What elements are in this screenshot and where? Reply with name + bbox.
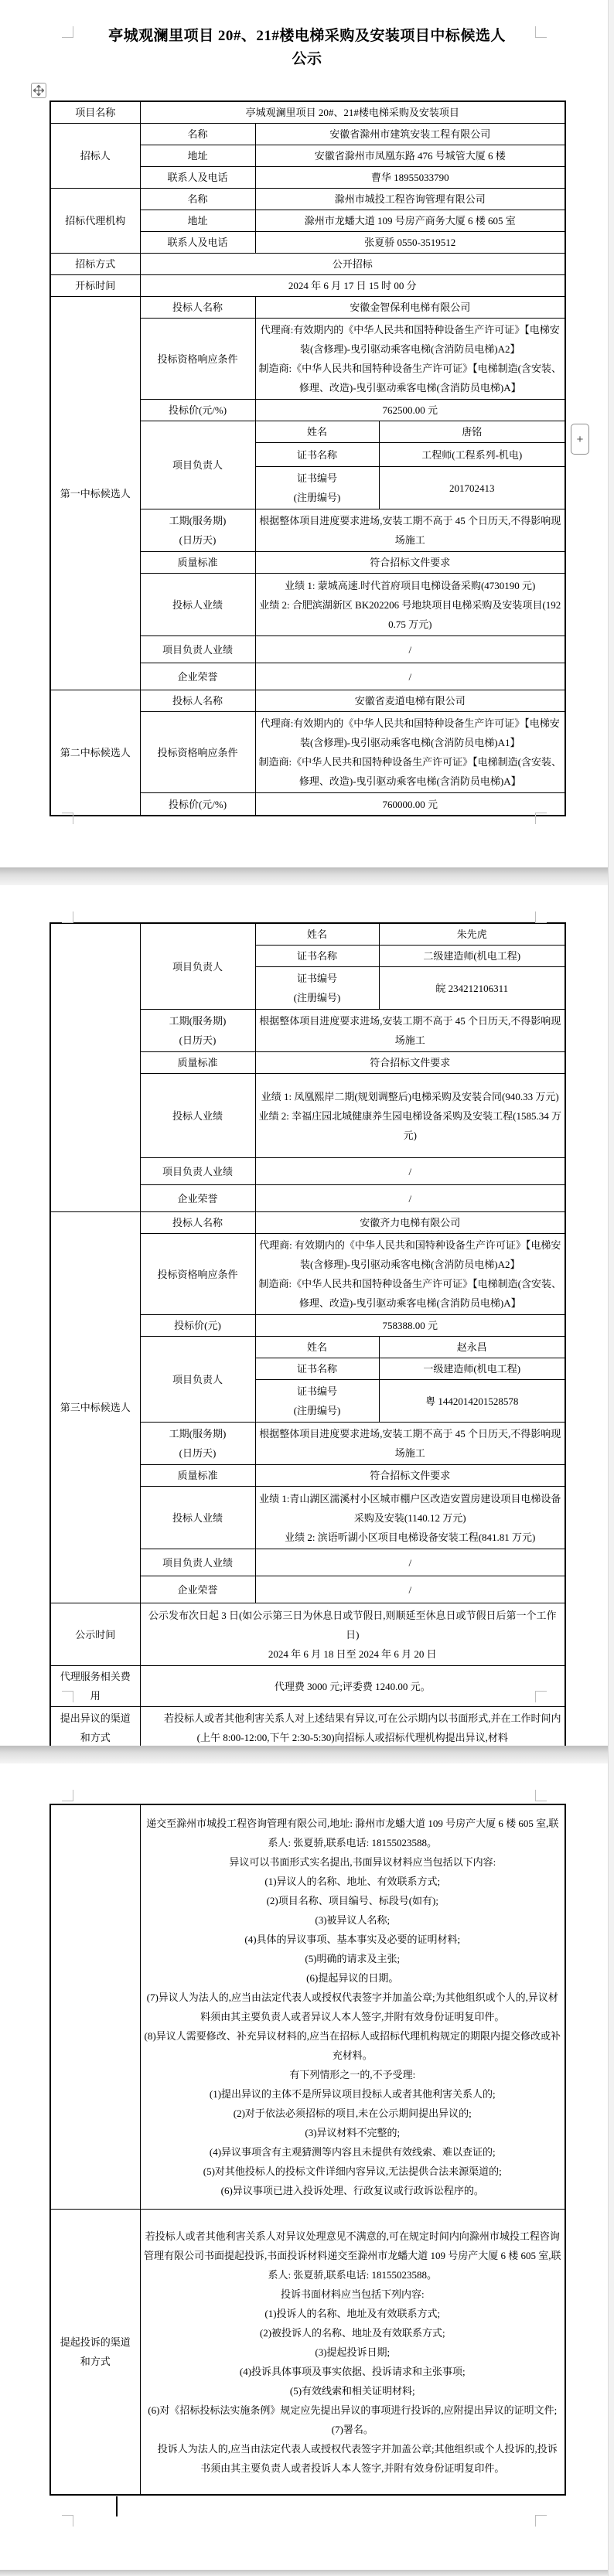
quality-label: 质量标准 [140, 552, 255, 574]
candidate1-performance: 业绩 1: 蒙城高速.时代首府项目电梯设备采购(4730190 元) 业绩 2:… [255, 574, 565, 636]
objection-detail-text: 递交至滁州市城投工程咨询管理有限公司,地址: 滁州市龙蟠大道 109 号房产大厦… [140, 1804, 565, 2210]
bidder-name-label: 投标人名称 [140, 690, 255, 712]
candidate1-honor: / [255, 663, 565, 690]
person-name-label: 姓名 [255, 923, 379, 946]
candidate2-label: 第二中标候选人 [50, 690, 140, 816]
honor-label: 企业荣誉 [140, 1576, 255, 1603]
quality-label: 质量标准 [140, 1052, 255, 1074]
candidate2-qualification: 代理商:有效期内的《中华人民共和国特种设备生产许可证》【电梯安装(含修理)-曳引… [255, 712, 565, 793]
document-title: 亭城观澜里项目 20#、21#楼电梯采购及安装项目中标候选人 公示 [49, 0, 565, 71]
price-label: 投标价(元/%) [140, 400, 255, 421]
duration-label: 工期(服务期) (日历天) [140, 509, 255, 552]
candidate2-honor: / [255, 1185, 565, 1212]
vertical-scrollbar[interactable] [608, 0, 614, 2576]
candidate2-bidder: 安徽省麦道电梯有限公司 [255, 690, 565, 712]
agency-fee-label: 代理服务相关费 用 [50, 1666, 140, 1707]
project-name-value: 亭城观澜里项目 20#、21#楼电梯采购及安装项目 [140, 101, 565, 124]
page-1: 亭城观澜里项目 20#、21#楼电梯采购及安装项目中标候选人 公示 + [0, 0, 608, 867]
candidate3-bidder: 安徽齐力电梯有限公司 [255, 1212, 565, 1234]
pm-perf-label: 项目负责人业绩 [140, 1549, 255, 1576]
tenderer-contact: 曹华 18955033790 [255, 167, 565, 189]
tenderer-name: 安徽省滁州市建筑安装工程有限公司 [255, 124, 565, 145]
pm-label: 项目负责人 [140, 1337, 255, 1423]
candidate2-cert-no: 皖 234212106311 [379, 967, 565, 1010]
candidate1-quality: 符合招标文件要求 [255, 552, 565, 574]
bidder-perf-label: 投标人业绩 [140, 1487, 255, 1549]
person-name-label: 姓名 [255, 1337, 379, 1358]
bid-result-table-page3: 递交至滁州市城投工程咨询管理有限公司,地址: 滁州市龙蟠大道 109 号房产大厦… [49, 1804, 566, 2496]
candidate2-price: 760000.00 元 [255, 793, 565, 816]
candidate1-qualification: 代理商:有效期内的《中华人民共和国特种设备生产许可证》【电梯安装(含修理)-曳引… [255, 319, 565, 400]
candidate1-bidder: 安徽金智保利电梯有限公司 [255, 297, 565, 319]
objection-channel-label-continued [50, 1804, 140, 2210]
candidate3-cert-name: 一级建造师(机电工程) [379, 1358, 565, 1380]
agency-contact: 张夏骄 0550-3519512 [255, 232, 565, 254]
contact-label: 联系人及电话 [140, 232, 255, 254]
cert-name-label: 证书名称 [255, 443, 379, 467]
page-separator-bottom [0, 2570, 608, 2576]
tenderer-address: 安徽省滁州市凤凰东路 476 号城管大厦 6 楼 [255, 145, 565, 167]
duration-label: 工期(服务期) (日历天) [140, 1010, 255, 1052]
margin-corner-mark [62, 911, 73, 923]
address-label: 地址 [140, 210, 255, 232]
document-title-line2: 公示 [49, 48, 565, 71]
table-move-handle[interactable] [31, 83, 46, 98]
quality-label: 质量标准 [140, 1465, 255, 1487]
open-time-label: 开标时间 [50, 275, 140, 297]
candidate3-performance: 业绩 1:青山湖区濡溪村小区城市棚户区改造安置房建设项目电梯设备采购及安装(11… [255, 1487, 565, 1549]
margin-corner-mark [535, 1790, 547, 1801]
tenderer-label: 招标人 [50, 124, 140, 189]
cert-name-label: 证书名称 [255, 1358, 379, 1380]
margin-corner-mark [535, 2515, 547, 2527]
address-label: 地址 [140, 145, 255, 167]
candidate3-cert-no: 粤 1442014201528578 [379, 1380, 565, 1423]
agency-name: 滁州市城投工程咨询管理有限公司 [255, 189, 565, 210]
candidate3-price: 758388.00 元 [255, 1315, 565, 1337]
contact-label: 联系人及电话 [140, 167, 255, 189]
method-value: 公开招标 [140, 254, 565, 275]
candidate3-honor: / [255, 1576, 565, 1603]
candidate1-cert-no: 201702413 [379, 467, 565, 509]
candidate3-quality: 符合招标文件要求 [255, 1465, 565, 1487]
publicity-time-label: 公示时间 [50, 1603, 140, 1666]
honor-label: 企业荣誉 [140, 663, 255, 690]
candidate2-performance: 业绩 1: 凤凰熙岸二期(规划调整后)电梯采购及安装合同(940.33 万元) … [255, 1074, 565, 1158]
cert-name-label: 证书名称 [255, 946, 379, 967]
qualification-label: 投标资格响应条件 [140, 1234, 255, 1315]
pm-perf-label: 项目负责人业绩 [140, 1158, 255, 1185]
open-time-value: 2024 年 6 月 17 日 15 时 00 分 [140, 275, 565, 297]
bidder-perf-label: 投标人业绩 [140, 574, 255, 636]
price-label: 投标价(元) [140, 1315, 255, 1337]
candidate3-pm-name: 赵永昌 [379, 1337, 565, 1358]
candidate2-cert-name: 二级建造师(机电工程) [379, 946, 565, 967]
candidate2-pm-performance: / [255, 1158, 565, 1185]
bidder-name-label: 投标人名称 [140, 1212, 255, 1234]
pm-perf-label: 项目负责人业绩 [140, 636, 255, 663]
margin-corner-mark [62, 2515, 73, 2527]
project-name-label: 项目名称 [50, 101, 140, 124]
person-name-label: 姓名 [255, 421, 379, 443]
cert-no-label: 证书编号 (注册编号) [255, 967, 379, 1010]
page-separator [0, 867, 608, 885]
candidate1-price: 762500.00 元 [255, 400, 565, 421]
qualification-label: 投标资格响应条件 [140, 712, 255, 793]
objection-intro-text: 若投标人或者其他利害关系人对上述结果有异议,可在公示期内以书面形式,并在工作时间… [140, 1707, 565, 1746]
margin-corner-mark [62, 1790, 73, 1801]
page-2: 项目负责人 姓名 朱先虎 证书名称 二级建造师(机电工程) 证书编号 (注册编号… [0, 885, 608, 1746]
candidate3-label: 第三中标候选人 [50, 1212, 140, 1603]
candidate3-duration: 根据整体项目进度要求进场,安装工期不高于 45 个日历天,不得影响现场施工 [255, 1423, 565, 1465]
candidate1-cert-name: 工程师(工程系列-机电) [379, 443, 565, 467]
cert-no-label: 证书编号 (注册编号) [255, 467, 379, 509]
qualification-agent: 代理商:有效期内的《中华人民共和国特种设备生产许可证》【电梯安装(含修理)-曳引… [259, 320, 562, 359]
candidate2-label-continued [50, 923, 140, 1212]
candidate1-label: 第一中标候选人 [50, 297, 140, 690]
publicity-time-value: 公示发布次日起 3 日(如公示第三日为休息日或节假日,则顺延至休息日或节假日后第… [140, 1603, 565, 1666]
candidate1-duration: 根据整体项目进度要求进场,安装工期不高于 45 个日历天,不得影响现场施工 [255, 509, 565, 552]
agency-address: 滁州市龙蟠大道 109 号房产商务大厦 6 楼 605 室 [255, 210, 565, 232]
pm-label: 项目负责人 [140, 421, 255, 509]
insert-plus-button[interactable]: + [571, 424, 589, 455]
page-separator [0, 1746, 608, 1763]
document-title-line1: 亭城观澜里项目 20#、21#楼电梯采购及安装项目中标候选人 [49, 25, 565, 48]
complaint-channel-label: 提起投诉的渠道 和方式 [50, 2210, 140, 2496]
candidate2-pm-name: 朱先虎 [379, 923, 565, 946]
move-icon [33, 85, 44, 96]
agency-fee-value: 代理费 3000 元;评委费 1240.00 元。 [140, 1666, 565, 1707]
candidate3-pm-performance: / [255, 1549, 565, 1576]
duration-label: 工期(服务期) (日历天) [140, 1423, 255, 1465]
document-viewer: 亭城观澜里项目 20#、21#楼电梯采购及安装项目中标候选人 公示 + [0, 0, 614, 2576]
candidate1-pm-name: 唐铭 [379, 421, 565, 443]
name-label: 名称 [140, 189, 255, 210]
bidder-perf-label: 投标人业绩 [140, 1074, 255, 1158]
qualification-maker: 制造商:《中华人民共和国特种设备生产许可证》【电梯制造(含安装、修理、改造)-曳… [259, 359, 562, 397]
text-cursor-caret [116, 2496, 118, 2516]
pm-label: 项目负责人 [140, 923, 255, 1010]
honor-label: 企业荣誉 [140, 1185, 255, 1212]
candidate2-quality: 符合招标文件要求 [255, 1052, 565, 1074]
method-label: 招标方式 [50, 254, 140, 275]
candidate2-duration: 根据整体项目进度要求进场,安装工期不高于 45 个日历天,不得影响现场施工 [255, 1010, 565, 1052]
cert-no-label: 证书编号 (注册编号) [255, 1380, 379, 1423]
complaint-detail-text: 若投标人或者其他利害关系人对异议处理意见不满意的,可在规定时间内向滁州市城投工程… [140, 2210, 565, 2496]
name-label: 名称 [140, 124, 255, 145]
page-3: 递交至滁州市城投工程咨询管理有限公司,地址: 滁州市龙蟠大道 109 号房产大厦… [0, 1763, 608, 2570]
price-label: 投标价(元/%) [140, 793, 255, 816]
page-column: 亭城观澜里项目 20#、21#楼电梯采购及安装项目中标候选人 公示 + [0, 0, 608, 2576]
qualification-label: 投标资格响应条件 [140, 319, 255, 400]
candidate1-pm-performance: / [255, 636, 565, 663]
bid-result-table-page2: 项目负责人 姓名 朱先虎 证书名称 二级建造师(机电工程) 证书编号 (注册编号… [49, 922, 566, 1746]
bidder-name-label: 投标人名称 [140, 297, 255, 319]
margin-corner-mark [535, 911, 547, 923]
bid-result-table-page1: 项目名称 亭城观澜里项目 20#、21#楼电梯采购及安装项目 招标人 名称 安徽… [49, 101, 566, 816]
candidate3-qualification: 代理商: 有效期内的《中华人民共和国特种设备生产许可证》【电梯安装(含修理)-曳… [255, 1234, 565, 1315]
agency-label: 招标代理机构 [50, 189, 140, 254]
objection-channel-label: 提出异议的渠道 和方式 [50, 1707, 140, 1746]
